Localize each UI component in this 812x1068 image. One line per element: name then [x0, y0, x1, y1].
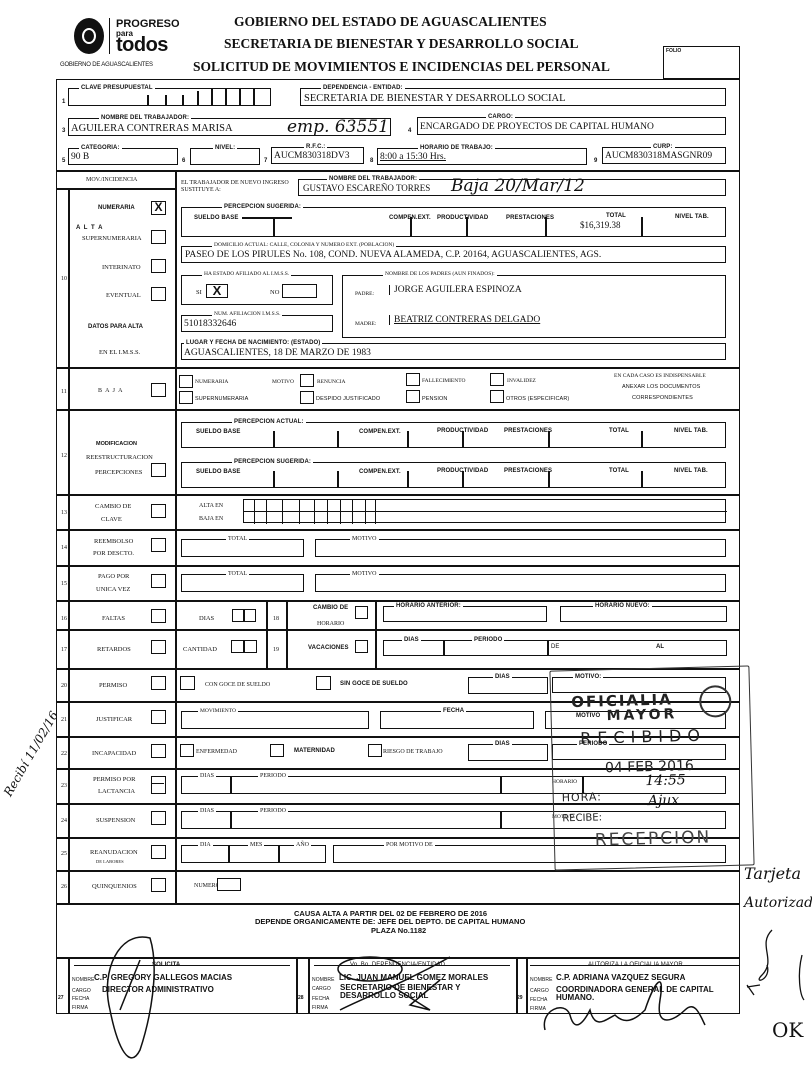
padre-label: PADRE:: [355, 291, 374, 297]
horario-anterior-field[interactable]: HORARIO ANTERIOR:: [383, 606, 547, 622]
motivo-otros-label: OTROS (ESPECIFICAR): [504, 396, 571, 402]
faltas-dias-label: DIAS: [199, 615, 214, 622]
percepcion-total-value: $16,319.38: [580, 220, 621, 230]
padres-label: NOMBRE DE LOS PADRES (AUN FINADOS):: [383, 271, 497, 277]
reembolso-label-2: POR DESCTO.: [93, 550, 134, 557]
cambio-clave-label: CAMBIO DE: [95, 503, 131, 510]
suspension-dias-label: DIAS: [198, 808, 216, 814]
suspension-checkbox[interactable]: [151, 811, 166, 825]
stamp-recibe-label: RECIBE:: [562, 812, 602, 824]
signature-block-solicita: SOLICITA 27 NOMBRE C.P. GREGORY GALLEGOS…: [56, 957, 296, 1014]
baja-supernumeraria-label: SUPERNUMERARIA: [193, 396, 250, 402]
logo-caption: GOBIERNO DE AGUASCALIENTES: [60, 62, 153, 68]
motivo-despido-checkbox[interactable]: [300, 391, 314, 404]
section-number: 12: [61, 453, 67, 459]
section-number: 28: [298, 995, 304, 1001]
baja-numeraria-label: NUMERARIA: [195, 379, 228, 385]
justificar-movimiento-field[interactable]: MOVIMIENTO: [181, 711, 369, 729]
stamp-hora-value: 14:55: [645, 772, 686, 789]
madre-value: BEATRIZ CONTRERAS DELGADO: [389, 315, 540, 325]
right-margin-note-autorizada: Autorizad: [744, 895, 812, 911]
reembolso-motivo-field[interactable]: MOTIVO: [315, 539, 726, 557]
anio-label: AÑO: [294, 842, 311, 848]
cambio-clave-grid[interactable]: [243, 499, 726, 523]
section-number: 21: [61, 717, 67, 723]
header-title-3: SOLICITUD DE MOVIMIENTOS E INCIDENCIAS D…: [193, 59, 610, 75]
imss-afiliado-label: HA ESTADO AFILIADO AL I.M.S.S.: [202, 271, 291, 277]
faltas-dias-field[interactable]: [232, 609, 256, 622]
nacimiento-value: AGUASCALIENTES, 18 DE MARZO DE 1983: [184, 348, 371, 358]
alta-numeraria-checkbox[interactable]: X: [151, 201, 166, 215]
horario-nuevo-label: HORARIO NUEVO:: [593, 603, 652, 609]
section-number: 29: [517, 995, 523, 1001]
field-number: 4: [408, 128, 411, 134]
motivo-despido-label: DESPIDO JUSTIFICADO: [314, 396, 382, 402]
sustituye-nombre-field[interactable]: NOMBRE DEL TRABAJADOR: GUSTAVO ESCAREÑO …: [298, 179, 726, 196]
fecha-label: FECHA: [441, 708, 466, 714]
baja-note-line3: CORRESPONDIENTES: [630, 395, 695, 401]
vacaciones-checkbox[interactable]: [355, 640, 368, 653]
suspension-label: SUSPENSION: [96, 817, 135, 824]
stamp-emblem-icon: [699, 685, 732, 718]
cambio-horario-label-2: HORARIO: [317, 621, 344, 627]
faltas-checkbox[interactable]: [151, 609, 166, 623]
baja-numeraria-checkbox[interactable]: [179, 375, 193, 388]
percepcion-sugerida-label: PERCEPCION SUGERIDA:: [222, 204, 303, 210]
sustituye-nombre-label: NOMBRE DEL TRABAJADOR:: [327, 176, 419, 182]
vacaciones-dias-label: DIAS: [402, 637, 421, 643]
permiso-checkbox[interactable]: [151, 676, 166, 690]
cambio-clave-label-2: CLAVE: [101, 516, 122, 523]
section-number: 19: [273, 647, 279, 653]
header-title-1: GOBIERNO DEL ESTADO DE AGUASCALIENTES: [234, 14, 547, 30]
section-number: 17: [61, 647, 67, 653]
col-prestaciones: PRESTACIONES: [502, 428, 554, 434]
baja-motivo-label: MOTIVO: [272, 379, 294, 385]
horario-value: 8:00 a 15:30 Hrs.: [380, 152, 446, 162]
fecha-label: FECHA: [70, 996, 91, 1002]
cargo-label: CARGO:: [486, 114, 515, 120]
en-el-imss-label: EN EL I.M.S.S.: [99, 349, 140, 356]
vacaciones-periodo-label: PERIODO: [472, 637, 504, 643]
modificacion-checkbox[interactable]: [151, 463, 166, 477]
motivo-label: MOTIVO: [350, 536, 379, 542]
logo-text-todos: todos: [116, 34, 168, 57]
firma-label: FIRMA: [310, 1005, 330, 1011]
field-number: 7: [264, 158, 267, 164]
section-number: 23: [61, 783, 67, 789]
alta-option-interinato: INTERINATO: [102, 264, 141, 271]
retardos-cantidad-label: CANTIDAD: [183, 646, 217, 653]
por-motivo-label: POR MOTIVO DE: [384, 842, 435, 848]
right-margin-note-ok: OK: [772, 1018, 803, 1042]
sustituye-label: EL TRABAJADOR DE NUEVO INGRESO SUSTITUYE…: [181, 180, 291, 194]
lactancia-periodo-label: PERIODO: [258, 773, 288, 779]
section-number: 27: [58, 995, 64, 1001]
incapacidad-dias-label: DIAS: [493, 741, 512, 747]
right-margin-note-tarjeta: Tarjeta: [744, 864, 801, 883]
reanudacion-checkbox[interactable]: [151, 845, 166, 859]
total-label: TOTAL: [226, 536, 249, 542]
percepcion-sugerida-mod: PERCEPCION SUGERIDA: SUELDO BASE COMPEN.…: [181, 462, 726, 488]
motivo-fallecimiento-label: FALLECIMIENTO: [422, 378, 466, 384]
alta-eventual-checkbox[interactable]: [151, 287, 166, 301]
rfc-field[interactable]: R.F.C.: AUCM830318DV3: [271, 147, 364, 164]
cargo-value: ENCARGADO DE PROYECTOS DE CAPITAL HUMANO: [420, 122, 654, 132]
percepcion-actual-mod: PERCEPCION ACTUAL: SUELDO BASE COMPEN.EX…: [181, 422, 726, 448]
vacaciones-de-label: DE: [549, 644, 562, 650]
permiso-label: PERMISO: [99, 682, 127, 689]
horario-nuevo-field[interactable]: HORARIO NUEVO:: [560, 606, 727, 622]
horario-anterior-label: HORARIO ANTERIOR:: [394, 603, 463, 609]
cambio-clave-checkbox[interactable]: [151, 504, 166, 518]
col-total: TOTAL: [607, 468, 631, 474]
col-nivel-tab: NIVEL TAB.: [672, 428, 710, 434]
notes-line-3: PLAZA No.1182: [371, 926, 426, 935]
nombre-trabajador-field[interactable]: NOMBRE DEL TRABAJADOR: AGUILERA CONTRERA…: [68, 118, 391, 136]
col-compen-ext: COMPEN.EXT.: [357, 469, 403, 475]
signature-scribble-vobo-icon: [330, 955, 470, 1015]
col-nivel-tab: NIVEL TAB.: [673, 214, 711, 220]
col-productividad: PRODUCTIVIDAD: [435, 215, 490, 221]
motivo-invalidez-checkbox[interactable]: [490, 373, 504, 386]
col-sueldo-base: SUELDO BASE: [192, 215, 240, 221]
percepcion-sugerida-alta: PERCEPCION SUGERIDA: SUELDO BASE COMPEN.…: [181, 207, 726, 237]
movimiento-label: MOVIMIENTO: [198, 708, 238, 714]
col-sueldo-base: SUELDO BASE: [194, 469, 242, 475]
imss-afiliado-group: HA ESTADO AFILIADO AL I.M.S.S. SI X NO: [181, 275, 333, 305]
justificar-fecha-field[interactable]: FECHA: [380, 711, 534, 729]
baja-supernumeraria-checkbox[interactable]: [179, 391, 193, 404]
field-number: 5: [62, 158, 65, 164]
quinquenios-checkbox[interactable]: [151, 878, 166, 892]
afiliacion-field[interactable]: NUM. AFILIACION I.M.S.S. 51018332646: [181, 315, 333, 332]
curp-value: AUCM830318MASGNR09: [605, 151, 712, 161]
dependencia-field[interactable]: DEPENDENCIA - ENTIDAD: SECRETARIA DE BIE…: [300, 88, 726, 106]
lactancia-label: PERMISO POR: [93, 776, 135, 783]
folio-label: FOLIO: [666, 48, 681, 54]
nombre-trabajador-label: NOMBRE DEL TRABAJADOR:: [99, 115, 191, 121]
pago-motivo-field[interactable]: MOTIVO: [315, 574, 726, 592]
motivo-pension-checkbox[interactable]: [406, 390, 420, 403]
riesgo-trabajo-checkbox[interactable]: [368, 744, 382, 757]
justificar-label: JUSTIFICAR: [96, 716, 132, 723]
con-goce-label: CON GOCE DE SUELDO: [205, 682, 270, 688]
quinquenios-numero-field[interactable]: [217, 878, 241, 891]
col-compen-ext: COMPEN.EXT.: [357, 429, 403, 435]
dia-label: DIA: [198, 842, 213, 848]
signature-scribble-autoriza-icon: [535, 960, 735, 1060]
section-number: 24: [61, 818, 67, 824]
mes-label: MES: [248, 842, 264, 848]
col-prestaciones: PRESTACIONES: [502, 468, 554, 474]
sin-goce-label: SIN GOCE DE SUELDO: [338, 681, 410, 687]
retardos-label: RETARDOS: [97, 646, 131, 653]
baja-checkbox[interactable]: [151, 383, 166, 397]
horario-label: HORARIO DE TRABAJO:: [418, 145, 495, 151]
reanudacion-label-2: DE LABORES: [96, 859, 124, 864]
total-label: TOTAL: [226, 571, 249, 577]
reembolso-checkbox[interactable]: [151, 538, 166, 552]
fecha-label: FECHA: [310, 996, 331, 1002]
reception-stamp: OFICIALIA MAYOR RECIBIDO 04 FEB 2016 14:…: [549, 665, 754, 870]
afiliacion-label: NUM. AFILIACION I.M.S.S.: [212, 311, 282, 317]
dependencia-label: DEPENDENCIA - ENTIDAD:: [321, 85, 405, 91]
quinquenios-label: QUINQUENIOS: [92, 883, 137, 890]
baja-label: B A J A: [98, 388, 124, 394]
baja-en-label: BAJA EN: [199, 516, 223, 522]
cambio-horario-label: CAMBIO DE: [311, 605, 350, 611]
logo-emblem-icon: [74, 18, 104, 54]
cambio-horario-checkbox[interactable]: [355, 606, 368, 619]
riesgo-trabajo-label: RIESGO DE TRABAJO: [383, 749, 443, 755]
nivel-field[interactable]: NIVEL:: [190, 148, 260, 165]
domicilio-value: PASEO DE LOS PIRULES No. 108, COND. NUEV…: [185, 250, 601, 260]
nombre-label: NOMBRE: [70, 977, 97, 983]
faltas-label: FALTAS: [102, 615, 125, 622]
field-number: 3: [62, 128, 65, 134]
stamp-recibe-value: Ajux: [648, 792, 680, 809]
retardos-cantidad-field[interactable]: [231, 640, 257, 653]
pago-unico-label-2: UNICA VEZ: [96, 586, 130, 593]
reanudacion-fecha-group[interactable]: DIA MES AÑO: [181, 845, 326, 863]
con-goce-checkbox[interactable]: [180, 676, 195, 690]
stamp-hora-label: HORA:: [562, 790, 602, 804]
sin-goce-checkbox[interactable]: [316, 676, 331, 690]
percepcion-sugerida-label: PERCEPCION SUGERIDA:: [232, 459, 313, 465]
motivo-invalidez-label: INVALIDEZ: [507, 378, 536, 384]
justificar-checkbox[interactable]: [151, 710, 166, 724]
imss-si-label: SI: [196, 289, 202, 296]
retardos-checkbox[interactable]: [151, 640, 166, 654]
lactancia-dias-label: DIAS: [198, 773, 216, 779]
percepcion-actual-label: PERCEPCION ACTUAL:: [232, 419, 306, 425]
percepciones-label: PERCEPCIONES: [95, 469, 142, 476]
dependencia-value: SECRETARIA DE BIENESTAR Y DESARROLLO SOC…: [304, 93, 566, 104]
logo: PROGRESO para todos GOBIERNO DE AGUASCAL…: [60, 14, 180, 72]
alta-interinato-checkbox[interactable]: [151, 259, 166, 273]
enfermedad-label: ENFERMEDAD: [196, 749, 237, 755]
section-number: 26: [61, 884, 67, 890]
baja-note-line2: ANEXAR LOS DOCUMENTOS: [620, 384, 702, 390]
permiso-dias-field[interactable]: DIAS: [468, 677, 548, 694]
col-nivel-tab: NIVEL TAB.: [672, 468, 710, 474]
alta-option-eventual: EVENTUAL: [106, 292, 141, 299]
categoria-value: 90 B: [71, 152, 89, 162]
section-number: 14: [61, 545, 67, 551]
maternidad-label: MATERNIDAD: [292, 748, 337, 754]
vacaciones-label: VACACIONES: [306, 645, 351, 651]
left-margin-note: Recibí 11/02/16: [1, 705, 63, 799]
lactancia-label-2: LACTANCIA: [98, 788, 135, 795]
field-number: 6: [182, 158, 185, 164]
cargo-label: CARGO: [70, 988, 93, 994]
enfermedad-checkbox[interactable]: [180, 744, 194, 757]
imss-no-label: NO: [270, 289, 279, 296]
motivo-pension-label: PENSION: [420, 396, 449, 402]
field-number: 8: [370, 158, 373, 164]
reembolso-total-field[interactable]: TOTAL: [181, 539, 304, 557]
stamp-recepcion: RECEPCION: [595, 827, 712, 850]
check-x-mark: X: [154, 200, 162, 214]
alta-supernumeraria-checkbox[interactable]: [151, 230, 166, 244]
alta-label: A L T A: [76, 225, 103, 231]
categoria-label: CATEGORIA:: [79, 145, 122, 151]
section-number: 18: [273, 616, 279, 622]
motivo-fallecimiento-checkbox[interactable]: [406, 373, 420, 386]
nombre-trabajador-value: AGUILERA CONTRERAS MARISA: [71, 123, 233, 134]
reembolso-label: REEMBOLSO: [94, 538, 133, 545]
padres-group: NOMBRE DE LOS PADRES (AUN FINADOS): PADR…: [342, 275, 726, 338]
rfc-value: AUCM830318DV3: [274, 151, 349, 161]
incapacidad-dias-field[interactable]: DIAS: [468, 744, 548, 761]
baja-annotation: Baja 20/Mar/12: [451, 176, 585, 196]
check-x-mark: X: [213, 283, 222, 298]
vacaciones-group[interactable]: DIAS PERIODO DE AL: [383, 640, 727, 656]
col-sueldo-base: SUELDO BASE: [194, 429, 242, 435]
horario-field[interactable]: HORARIO DE TRABAJO: 8:00 a 15:30 Hrs.: [377, 148, 587, 165]
madre-label: MADRE:: [355, 321, 376, 327]
alta-en-label: ALTA EN: [199, 503, 223, 509]
reestructuracion-label: REESTRUCTURACION: [86, 454, 153, 461]
stamp-mayor: MAYOR: [606, 706, 677, 724]
firma-label: FIRMA: [70, 1005, 90, 1011]
sustituye-nombre-value: GUSTAVO ESCAREÑO TORRES: [303, 183, 430, 193]
field-number: 9: [594, 158, 597, 164]
section-number: 13: [61, 510, 67, 516]
incapacidad-label: INCAPACIDAD: [92, 750, 136, 757]
section-number: 11: [61, 389, 67, 395]
incapacidad-checkbox[interactable]: [151, 744, 166, 758]
afiliacion-value: 51018332646: [184, 319, 236, 329]
motivo-otros-checkbox[interactable]: [490, 390, 504, 403]
motivo-label: MOTIVO: [350, 571, 379, 577]
mov-incidencia-header: MOV./INCIDENCIA: [86, 177, 137, 183]
clave-presupuestal-field[interactable]: CLAVE PRESUPUESTAL: [68, 88, 271, 106]
cargo-field[interactable]: CARGO: ENCARGADO DE PROYECTOS DE CAPITAL…: [417, 117, 726, 135]
alta-option-supernumeraria: SUPERNUMERARIA: [82, 235, 142, 242]
folio-box[interactable]: FOLIO: [663, 46, 740, 79]
section-number: 25: [61, 851, 67, 857]
notes-line-2: DEPENDE ORGANICAMENTE DE: JEFE DEL DEPTO…: [255, 917, 525, 926]
section-number: 16: [61, 616, 67, 622]
suspension-periodo-label: PERIODO: [258, 808, 288, 814]
pago-unico-label: PAGO POR: [98, 573, 129, 580]
domicilio-label: DOMICILIO ACTUAL: CALLE, COLONIA Y NUMER…: [212, 242, 396, 248]
vacaciones-al-label: AL: [654, 644, 666, 650]
section-number: 20: [61, 683, 67, 689]
motivo-renuncia-label: RENUNCIA: [317, 379, 345, 385]
curp-field[interactable]: CURP: AUCM830318MASGNR09: [602, 147, 726, 164]
employee-number-annotation: emp. 63551: [287, 117, 389, 137]
nacimiento-field[interactable]: LUGAR Y FECHA DE NACIMIENTO: (ESTADO) AG…: [181, 343, 726, 360]
reanudacion-label: REANUDACION: [90, 849, 138, 856]
rfc-label: R.F.C.:: [304, 144, 327, 150]
pago-unico-checkbox[interactable]: [151, 574, 166, 588]
maternidad-checkbox[interactable]: [270, 744, 284, 757]
col-total: TOTAL: [607, 428, 631, 434]
section-number: 10: [61, 276, 67, 282]
signature-scribble-solicita-icon: [100, 930, 170, 1068]
right-margin-scribble-icon: [742, 925, 812, 1005]
alta-option-numeraria: NUMERARIA: [98, 205, 135, 211]
motivo-renuncia-checkbox[interactable]: [300, 374, 314, 387]
padre-value: JORGE AGUILERA ESPINOZA: [389, 285, 522, 295]
datos-para-alta-label: DATOS PARA ALTA: [88, 324, 143, 330]
nacimiento-label: LUGAR Y FECHA DE NACIMIENTO: (ESTADO): [184, 340, 322, 346]
baja-note-line1: EN CADA CASO ES INDISPENSABLE: [614, 373, 706, 379]
field-number: 1: [62, 99, 65, 105]
categoria-field[interactable]: CATEGORIA: 90 B: [68, 148, 178, 165]
section-number: 22: [61, 751, 67, 757]
domicilio-field[interactable]: DOMICILIO ACTUAL: CALLE, COLONIA Y NUMER…: [181, 246, 726, 263]
imss-no-checkbox[interactable]: [282, 284, 317, 298]
stamp-recibido: RECIBIDO: [580, 726, 706, 748]
curp-label: CURP:: [651, 144, 675, 150]
col-total: TOTAL: [604, 213, 628, 219]
section-number: 15: [61, 581, 67, 587]
imss-si-checkbox[interactable]: X: [206, 284, 228, 298]
modificacion-label: MODIFICACION: [96, 441, 137, 447]
col-prestaciones: PRESTACIONES: [504, 215, 556, 221]
clave-presupuestal-label: CLAVE PRESUPUESTAL: [79, 85, 155, 91]
header-title-2: SECRETARIA DE BIENESTAR Y DESARROLLO SOC…: [224, 36, 578, 52]
pago-total-field[interactable]: TOTAL: [181, 574, 304, 592]
permiso-dias-label: DIAS: [493, 674, 512, 680]
nivel-label: NIVEL:: [213, 145, 237, 151]
lactancia-checkbox[interactable]: [151, 776, 166, 794]
